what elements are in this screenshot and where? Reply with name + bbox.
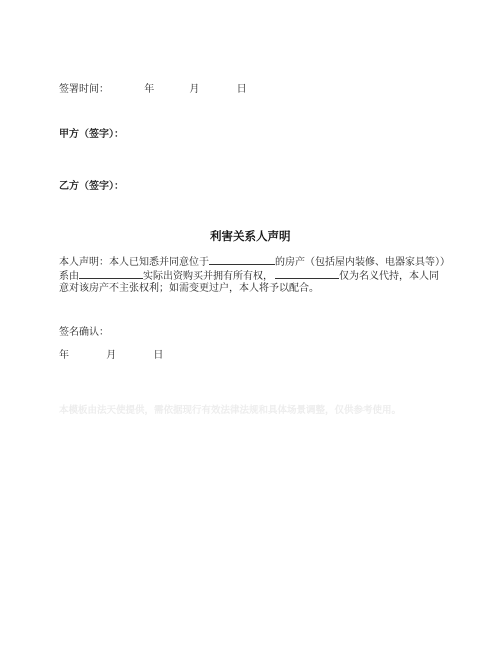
declaration-line2-prefix: 系由 [59,271,79,282]
signing-time-row: 签署时间： 年 月 日 [59,83,247,97]
declaration-line1-prefix: 本人声明：本人已知悉并同意位于 [59,257,209,268]
signing-time-month: 月 [189,83,199,97]
signing-time-year: 年 [144,83,154,97]
property-location-blank[interactable] [209,254,275,265]
declaration-line2-middle: 实际出资购买并拥有所有权， [143,271,273,282]
confirmation-date-row: 年 月 日 [59,349,163,363]
party-b-signature-label: 乙方（签字）： [59,180,124,194]
party-a-signature-label: 甲方（签字）： [59,128,124,142]
confirmation-year: 年 [59,349,69,363]
confirmation-day: 日 [153,349,163,363]
declaration-line1-suffix: 的房产（包括屋内装修、电器家具等）） [275,257,450,268]
template-watermark: 本模板由法天使提供，需依据现行有效法律法规和具体场景调整，仅供参考使用。 [59,402,401,416]
actual-owner-blank[interactable] [79,268,143,279]
nominal-holder-blank[interactable] [275,268,339,279]
declaration-title: 利害关系人声明 [210,228,291,244]
signature-confirmation-label: 签名确认： [59,326,109,340]
declaration-line-3: 意对该房产不主张权利；如需变更过户，本人将予以配合。 [59,282,319,296]
declaration-line2-suffix: 仅为名义代持，本人同 [339,271,439,282]
signing-time-label: 签署时间： [59,83,109,97]
signing-time-day: 日 [237,83,247,97]
confirmation-month: 月 [106,349,116,363]
